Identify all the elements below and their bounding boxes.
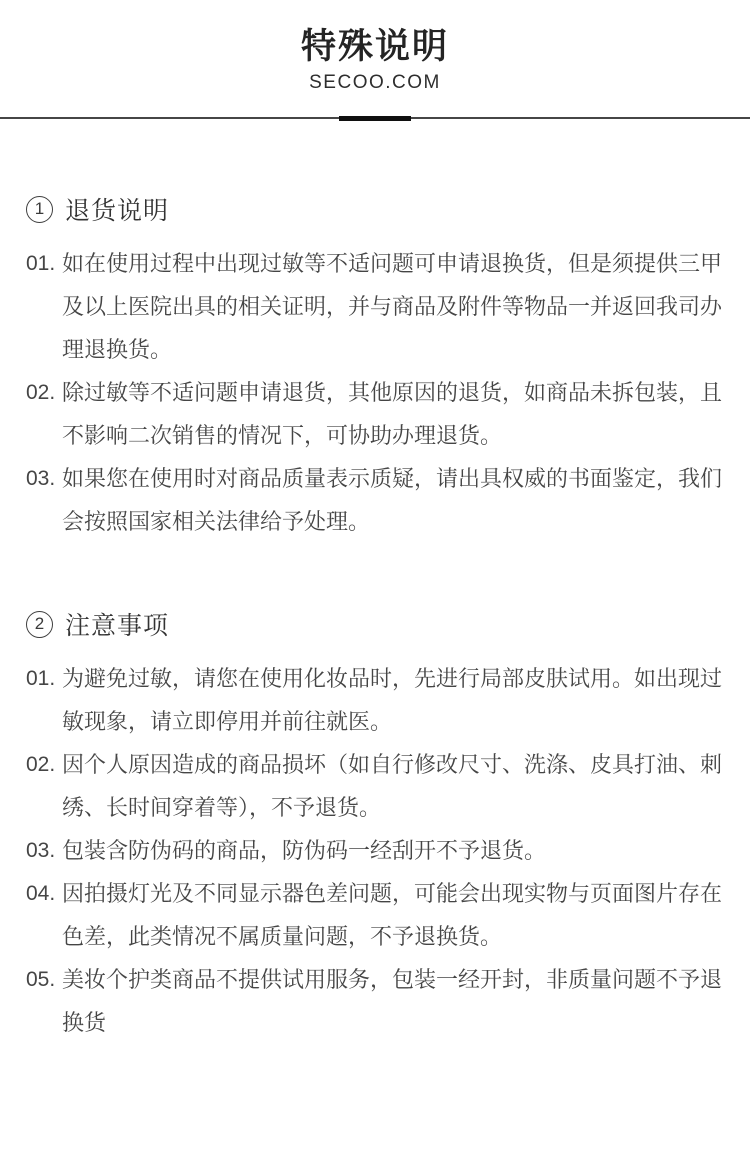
item-text: 因个人原因造成的商品损坏（如自行修改尺寸、洗涤、皮具打油、刺绣、长时间穿着等），… — [62, 743, 730, 829]
item-text: 如果您在使用时对商品质量表示质疑，请出具权威的书面鉴定，我们会按照国家相关法律给… — [62, 457, 730, 543]
circled-number-badge: 1 — [26, 196, 53, 223]
list-item: 01. 如在使用过程中出现过敏等不适问题可申请退换货，但是须提供三甲及以上医院出… — [26, 242, 750, 371]
item-number: 02. — [26, 743, 62, 786]
brand-text: SECOO.COM — [0, 71, 750, 95]
list-item: 03. 如果您在使用时对商品质量表示质疑，请出具权威的书面鉴定，我们会按照国家相… — [26, 457, 750, 543]
circled-number-badge: 2 — [26, 611, 53, 638]
item-number: 05. — [26, 958, 62, 1001]
list-item: 03. 包装含防伪码的商品，防伪码一经刮开不予退货。 — [26, 829, 750, 872]
item-text: 美妆个护类商品不提供试用服务，包装一经开封，非质量问题不予退换货 — [62, 958, 730, 1044]
item-number: 02. — [26, 371, 62, 414]
items-list: 01. 如在使用过程中出现过敏等不适问题可申请退换货，但是须提供三甲及以上医院出… — [26, 242, 750, 543]
divider — [0, 116, 750, 121]
page-title: 特殊说明 — [0, 27, 750, 67]
list-item: 01. 为避免过敏，请您在使用化妆品时，先进行局部皮肤试用。如出现过敏现象，请立… — [26, 657, 750, 743]
section-heading: 1 退货说明 — [26, 194, 750, 224]
section-heading: 2 注意事项 — [26, 609, 750, 639]
item-text: 为避免过敏，请您在使用化妆品时，先进行局部皮肤试用。如出现过敏现象，请立即停用并… — [62, 657, 730, 743]
divider-accent — [339, 116, 411, 121]
item-number: 01. — [26, 657, 62, 700]
list-item: 02. 除过敏等不适问题申请退货，其他原因的退货，如商品未拆包装，且不影响二次销… — [26, 371, 750, 457]
item-text: 包装含防伪码的商品，防伪码一经刮开不予退货。 — [62, 829, 730, 872]
list-item: 05. 美妆个护类商品不提供试用服务，包装一经开封，非质量问题不予退换货 — [26, 958, 750, 1044]
item-text: 因拍摄灯光及不同显示器色差问题，可能会出现实物与页面图片存在色差，此类情况不属质… — [62, 872, 730, 958]
section-title: 注意事项 — [65, 606, 169, 642]
item-text: 如在使用过程中出现过敏等不适问题可申请退换货，但是须提供三甲及以上医院出具的相关… — [62, 242, 730, 371]
section-precautions: 2 注意事项 01. 为避免过敏，请您在使用化妆品时，先进行局部皮肤试用。如出现… — [0, 609, 750, 1044]
header: 特殊说明 SECOO.COM — [0, 0, 750, 95]
item-number: 03. — [26, 457, 62, 500]
item-number: 03. — [26, 829, 62, 872]
item-text: 除过敏等不适问题申请退货，其他原因的退货，如商品未拆包装，且不影响二次销售的情况… — [62, 371, 730, 457]
items-list: 01. 为避免过敏，请您在使用化妆品时，先进行局部皮肤试用。如出现过敏现象，请立… — [26, 657, 750, 1044]
special-instructions-page: 特殊说明 SECOO.COM 1 退货说明 01. 如在使用过程中出现过敏等不适… — [0, 0, 750, 1150]
section-title: 退货说明 — [65, 191, 169, 227]
item-number: 04. — [26, 872, 62, 915]
list-item: 04. 因拍摄灯光及不同显示器色差问题，可能会出现实物与页面图片存在色差，此类情… — [26, 872, 750, 958]
section-return-policy: 1 退货说明 01. 如在使用过程中出现过敏等不适问题可申请退换货，但是须提供三… — [0, 194, 750, 543]
item-number: 01. — [26, 242, 62, 285]
list-item: 02. 因个人原因造成的商品损坏（如自行修改尺寸、洗涤、皮具打油、刺绣、长时间穿… — [26, 743, 750, 829]
